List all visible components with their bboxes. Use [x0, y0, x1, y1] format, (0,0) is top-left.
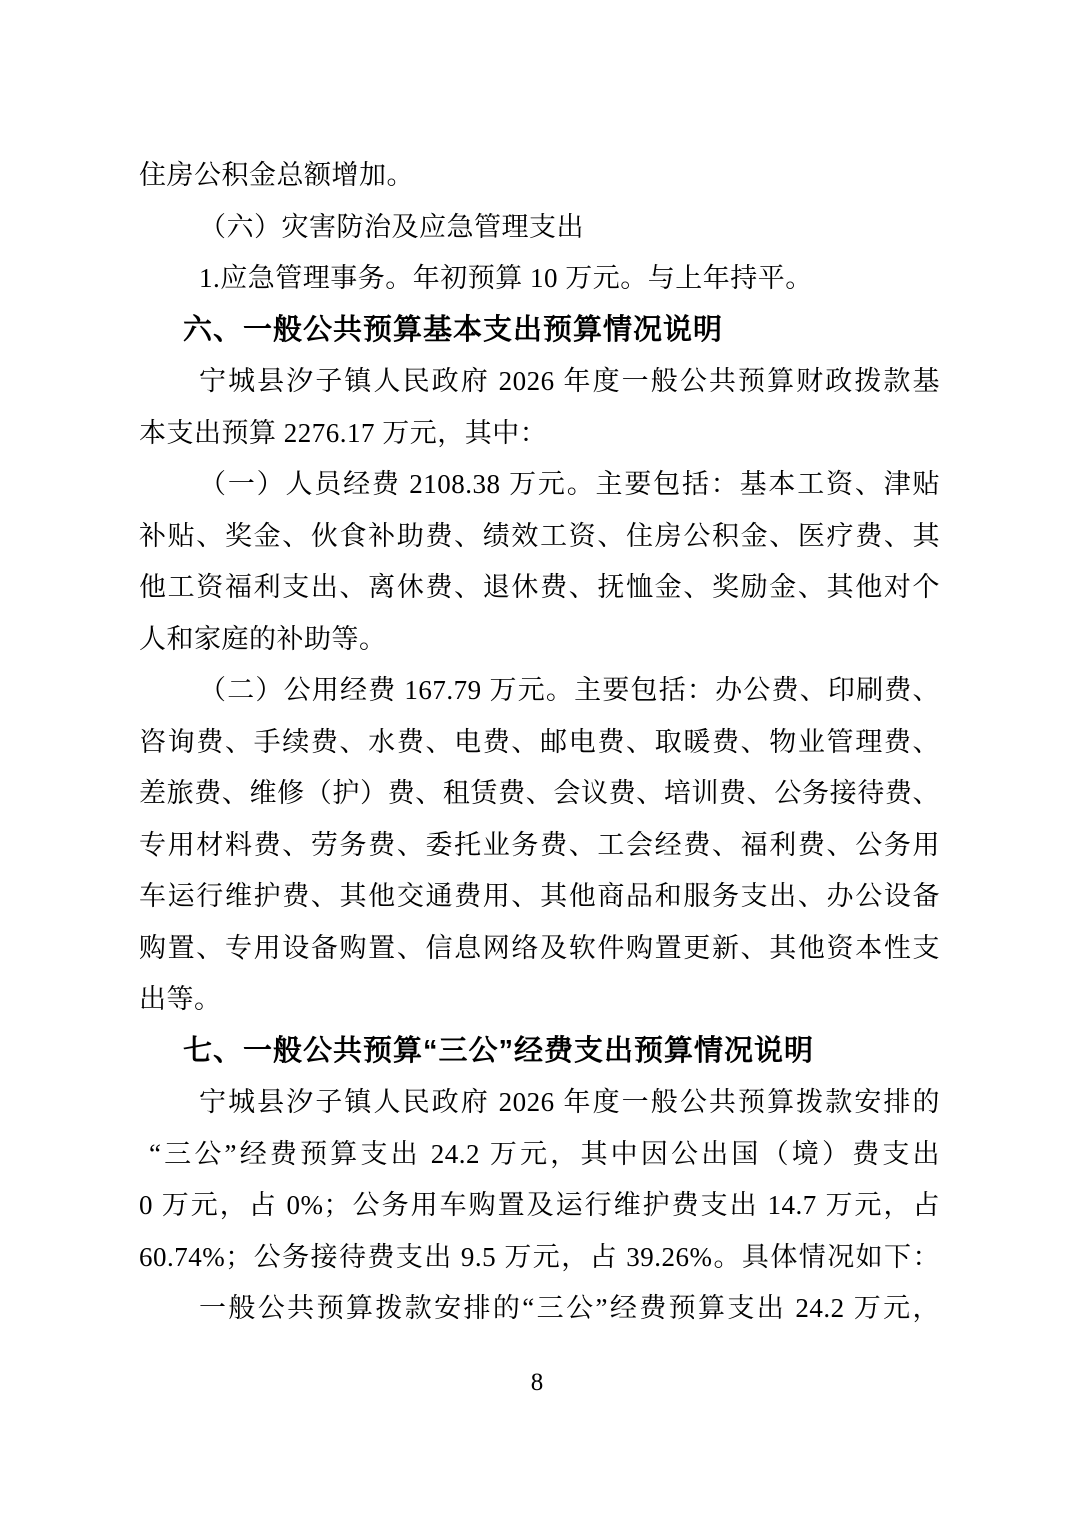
document-line: 出等。: [139, 974, 940, 1026]
document-content: 住房公积金总额增加。 （六）灾害防治及应急管理支出 1.应急管理事务。年初预算 …: [139, 150, 940, 1335]
document-line: 1.应急管理事务。年初预算 10 万元。与上年持平。: [139, 253, 940, 305]
section-heading-7: 七、一般公共预算“三公”经费支出预算情况说明: [139, 1026, 940, 1078]
document-line: 一般公共预算拨款安排的“三公”经费预算支出 24.2 万元，: [139, 1283, 940, 1335]
document-line: 住房公积金总额增加。: [139, 150, 940, 202]
document-page: 住房公积金总额增加。 （六）灾害防治及应急管理支出 1.应急管理事务。年初预算 …: [0, 0, 1074, 1520]
document-line: （六）灾害防治及应急管理支出: [139, 202, 940, 254]
document-line: 0 万元，占 0%；公务用车购置及运行维护费支出 14.7 万元，占: [139, 1180, 940, 1232]
document-line: “三公”经费预算支出 24.2 万元，其中因公出国（境）费支出: [139, 1129, 940, 1181]
document-line: 60.74%；公务接待费支出 9.5 万元，占 39.26%。具体情况如下：: [139, 1232, 940, 1284]
document-line: 咨询费、手续费、水费、电费、邮电费、取暖费、物业管理费、: [139, 717, 940, 769]
document-line: 人和家庭的补助等。: [139, 614, 940, 666]
document-line: 购置、专用设备购置、信息网络及软件购置更新、其他资本性支: [139, 923, 940, 975]
document-line: 宁城县汐子镇人民政府 2026 年度一般公共预算拨款安排的: [139, 1077, 940, 1129]
document-line: （二）公用经费 167.79 万元。主要包括：办公费、印刷费、: [139, 665, 940, 717]
document-line: 差旅费、维修（护）费、租赁费、会议费、培训费、公务接待费、: [139, 768, 940, 820]
document-line: 补贴、奖金、伙食补助费、绩效工资、住房公积金、医疗费、其: [139, 511, 940, 563]
document-line: 他工资福利支出、离休费、退休费、抚恤金、奖励金、其他对个: [139, 562, 940, 614]
document-line: 本支出预算 2276.17 万元，其中：: [139, 408, 940, 460]
page-number-label: 8: [0, 1368, 1074, 1398]
document-line: 宁城县汐子镇人民政府 2026 年度一般公共预算财政拨款基: [139, 356, 940, 408]
section-heading-6: 六、一般公共预算基本支出预算情况说明: [139, 305, 940, 357]
document-line: 车运行维护费、其他交通费用、其他商品和服务支出、办公设备: [139, 871, 940, 923]
document-line: 专用材料费、劳务费、委托业务费、工会经费、福利费、公务用: [139, 820, 940, 872]
document-line: （一）人员经费 2108.38 万元。主要包括：基本工资、津贴: [139, 459, 940, 511]
